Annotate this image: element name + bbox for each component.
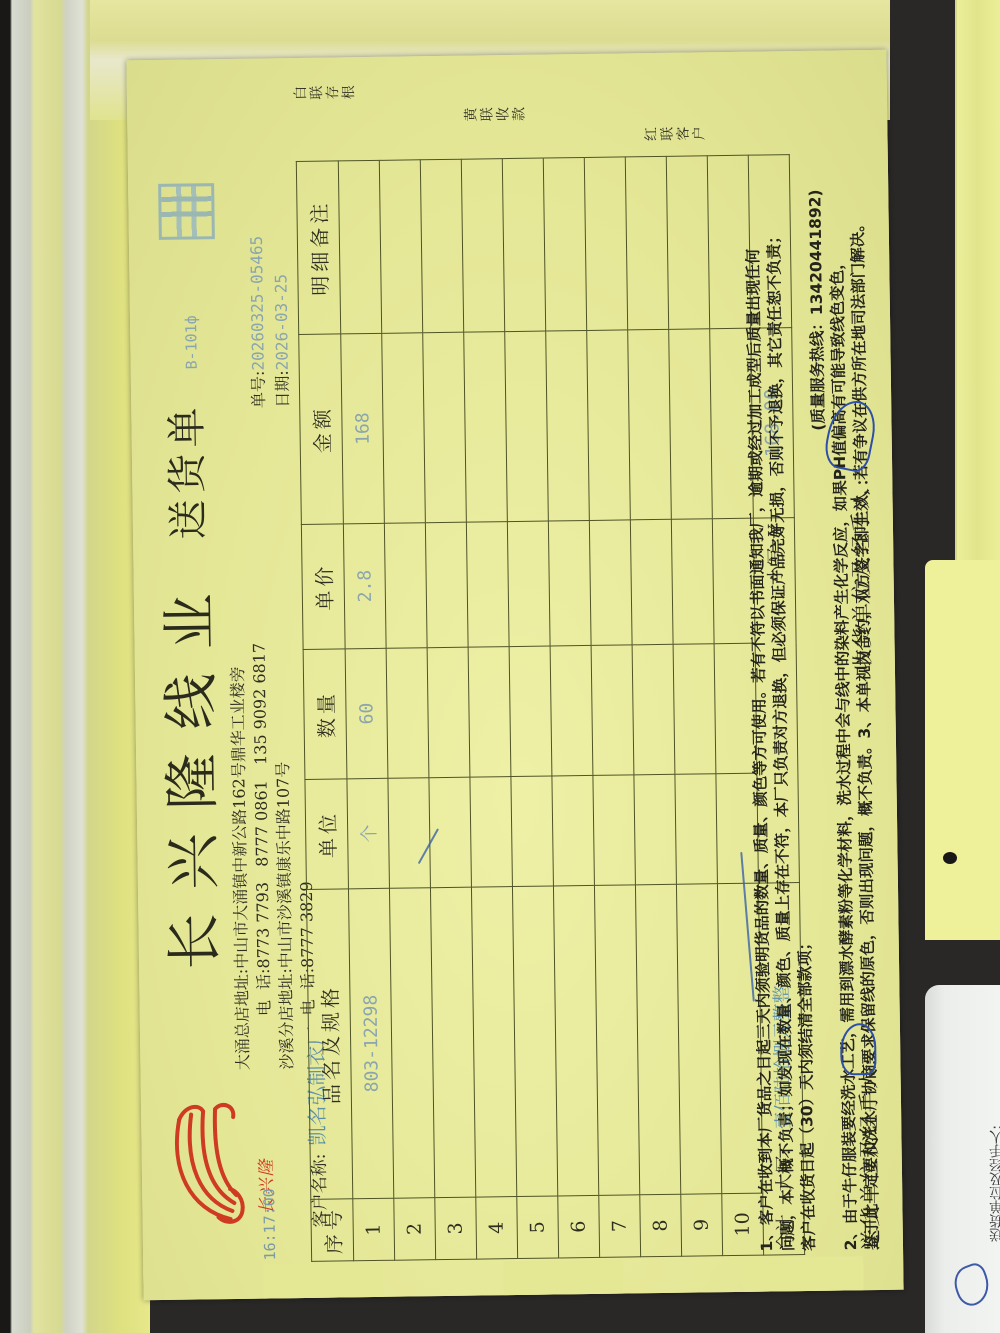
row-item <box>471 887 516 1198</box>
row-qty <box>468 647 511 778</box>
row-index: 3 <box>435 1197 477 1260</box>
row-index: 5 <box>517 1196 559 1259</box>
white-stack-signature <box>949 1260 995 1309</box>
paper-stack-right-yellow-front <box>925 560 1000 940</box>
qr-code-icon <box>158 183 215 240</box>
address-value: 中山市沙溪镇康乐中路107号 <box>272 762 297 969</box>
row-amount <box>546 330 590 521</box>
delivery-note: 长兴隆 16:17:00 长兴隆线业 送货单 大涌总店地址: 中山市大涌镇中新公… <box>126 50 903 1300</box>
row-amount <box>669 329 713 520</box>
col-header-note: 明细备注 <box>296 161 340 335</box>
row-price <box>548 520 591 646</box>
copy-labels: 白联存根 黄联收款 红联客户 <box>293 67 794 154</box>
row-item: 803-12298 <box>348 888 393 1199</box>
serial-code: B-101ф <box>182 315 201 369</box>
row-note <box>666 156 709 330</box>
row-qty <box>632 644 675 775</box>
row-qty <box>427 647 470 778</box>
row-unit <box>388 778 431 889</box>
sheet-edge <box>143 1256 903 1301</box>
row-item <box>512 886 557 1197</box>
row-index: 7 <box>599 1195 641 1258</box>
address-label: 大涌总店地址: <box>231 969 255 1079</box>
terms-payment: 客户在收货日起（30）天内须结清全部款项； <box>796 935 818 1251</box>
row-item <box>594 885 639 1196</box>
row-note <box>584 157 627 331</box>
row-amount <box>464 332 508 523</box>
col-header-price: 单价 <box>301 524 345 650</box>
row-unit <box>552 775 595 886</box>
row-item <box>635 884 680 1195</box>
row-qty <box>673 644 716 775</box>
date-value: 2026-03-25 <box>271 274 291 371</box>
row-amount <box>423 332 467 523</box>
row-amount: 168 <box>341 333 385 524</box>
row-index: 2 <box>394 1198 436 1261</box>
phoenix-logo-icon <box>159 1099 251 1230</box>
row-price: 2.8 <box>343 523 386 649</box>
row-index: 8 <box>640 1194 682 1257</box>
row-qty <box>509 646 552 777</box>
row-index: 6 <box>558 1195 600 1258</box>
copy-label-white: 白联存根 <box>293 83 357 104</box>
row-item <box>430 887 475 1198</box>
copy-label-yellow: 黄联收款 <box>463 105 527 126</box>
paper-stack-right-white: 送货单位及经手人: <box>925 985 1000 1333</box>
row-price <box>466 522 509 648</box>
receiver-signature-label: 收货单位及经手人: <box>844 477 877 670</box>
row-amount <box>382 333 426 524</box>
col-header-qty: 数量 <box>303 649 347 780</box>
white-stack-sender-label: 送货单位及经手人: <box>987 1125 1000 1242</box>
col-header-amount: 金额 <box>299 334 344 525</box>
phone-value: 8773 7793 8777 0861 135 9092 6817 <box>249 643 276 969</box>
items-table: 序号 品名及规格 单位 数量 单价 金额 明细备注 1 803-12298 个 … <box>296 154 805 1262</box>
row-price <box>630 519 673 645</box>
row-note <box>543 157 586 331</box>
row-amount <box>587 330 631 521</box>
company-name: 长兴隆线业 <box>146 569 232 970</box>
punch-hole <box>943 852 957 864</box>
row-qty <box>591 645 634 776</box>
row-qty <box>386 648 429 779</box>
row-unit <box>511 776 554 887</box>
row-price <box>384 523 427 649</box>
copy-label-red: 红联客户 <box>643 124 707 145</box>
document-title: 送货单 <box>155 401 214 540</box>
print-time: 16:17:00 <box>260 1188 279 1260</box>
company-logo: 长兴隆 <box>159 1099 251 1230</box>
row-price <box>589 520 632 646</box>
row-price <box>507 521 550 647</box>
row-unit: 个 <box>347 778 390 889</box>
col-header-unit: 单位 <box>305 779 349 890</box>
date-label: 日期: <box>273 370 293 408</box>
row-note <box>461 159 504 333</box>
col-header-index: 序号 <box>311 1199 354 1262</box>
row-price <box>425 522 468 648</box>
row-index: 4 <box>476 1197 518 1260</box>
col-header-item: 品名及规格 <box>306 889 352 1200</box>
row-note <box>502 158 545 332</box>
row-note <box>625 156 668 330</box>
row-qty <box>550 645 593 776</box>
row-amount <box>505 331 549 522</box>
sender-signature-label: 送货单位及经手人: <box>852 1057 885 1250</box>
row-unit <box>593 775 636 886</box>
row-index: 9 <box>681 1194 723 1257</box>
sender-signature <box>840 1023 877 1075</box>
row-note <box>379 160 422 334</box>
row-amount <box>628 329 672 520</box>
row-item <box>553 885 598 1196</box>
row-item <box>389 888 434 1199</box>
row-note <box>420 159 463 333</box>
row-price <box>671 519 714 645</box>
row-item <box>676 884 721 1195</box>
row-unit <box>675 774 718 885</box>
row-qty: 60 <box>345 648 388 779</box>
row-unit <box>634 774 677 885</box>
row-unit <box>470 777 513 888</box>
row-index: 1 <box>353 1198 395 1261</box>
row-note <box>338 160 381 334</box>
phone-label: 电 话: <box>253 968 277 1078</box>
